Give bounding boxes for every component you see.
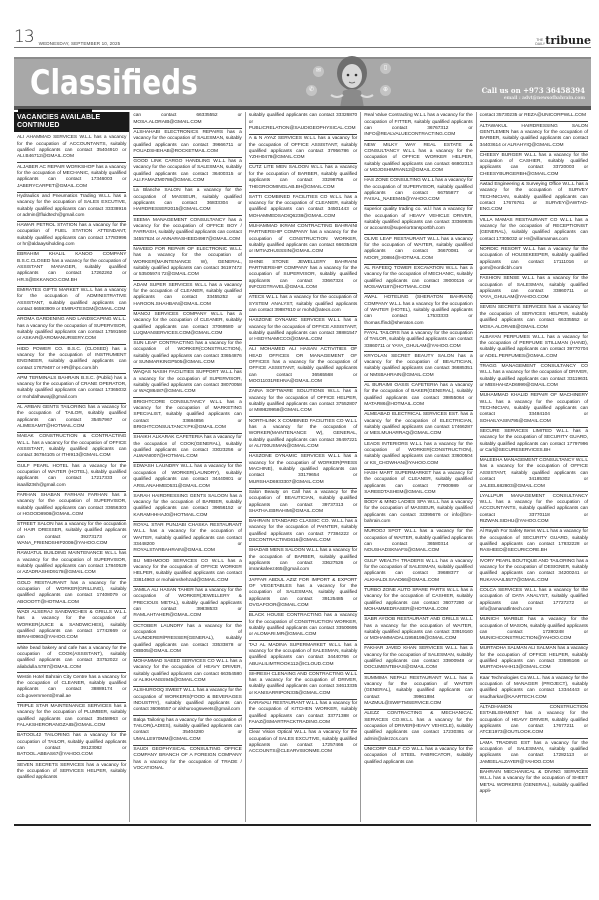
classified-ad: Real Value Contracting W.L.L has a vacan… (364, 112, 472, 141)
classified-ad: BU MEHMOOD SERVICES CO W.L.L has a vacan… (133, 557, 241, 586)
classified-ad: Kaar Technologies Co.W.L.L. has a vacanc… (480, 674, 588, 703)
classified-ad: Al Rayah For Safety Items W.L.L has a va… (480, 528, 588, 557)
classified-ad: MAEAK CONSTRUCTION & CONTRACTING W.L.L. … (17, 433, 126, 462)
classified-ad: AL BURAIMI OASIS CAFETERIA has a vacancy… (364, 382, 472, 411)
classified-ad: HIDD POWER CO. B.S.C. (CLOSED) has a vac… (17, 345, 126, 374)
classified-ad: SEEMA MANAGEMENT CONSULTANCY has a vacan… (133, 216, 241, 245)
classified-ad: HAS ZONE CONSULTING W.L.L has a vacancy … (364, 177, 472, 206)
classified-ad: Balqa Tailoring has a vacancy for the oc… (133, 716, 241, 745)
classified-ad: TRIPLE STAR MAINTENANCE SERVICES has a v… (17, 703, 126, 732)
classifieds-columns: VACANCIES AVAILABLE CONTINUED ALI AHAMMA… (14, 112, 591, 822)
classified-ad: SARAH HAIRDRESSING GENTS SALOON has a va… (133, 492, 241, 521)
classified-ad: ATECS W.L.L has a vacancy for the occupa… (249, 294, 357, 317)
classified-ad: ZAINA SOFTWARE SOLUTIONS W.L.L has a vac… (249, 388, 357, 417)
logo-main-text: tribune (545, 35, 591, 46)
classified-ad: A & N AYAZ SERVICES W.L.L has a vacancy … (249, 135, 357, 164)
classified-ad: BAHRAIN STANDARD CLASSIC CO. W.L.L has a… (249, 518, 357, 547)
classified-ad: EBRAHIM KHALIL KANOO COMPANY B.S.C.CLOSE… (17, 251, 126, 287)
column-1: VACANCIES AVAILABLE CONTINUED ALI AHAMMA… (14, 112, 129, 822)
classified-ad: ALSHUROOQ SWEET W.L.L has a vacancy for … (133, 687, 241, 716)
ad-list: contact 35730235 or REZA@UNICORPWLL.COMA… (480, 112, 588, 797)
classified-ad: OLIVE LEAF RESTAURANT W.L.L has a vacanc… (364, 235, 472, 264)
classified-ad: MOHAMMAD SAEED SERVICES CO W.L.L has a v… (133, 658, 241, 687)
tribune-logo: THE DAILY tribune (535, 35, 591, 46)
classified-ad: EDWASH LAUNDRY W.L.L has a vacancy for t… (133, 463, 241, 492)
classified-ad: NEW MILKY WAY REAL ESTATE & CONSULTANCY … (364, 141, 472, 177)
column-2: can contact 66335552 or MOSA.ALORAIB@GMA… (129, 112, 244, 822)
classified-ad: GOOD LINK CARGO HANDLING W.L.L has a vac… (133, 158, 241, 187)
classified-ad: GULF PEARL HOTEL has a vacancy for the o… (17, 462, 126, 491)
classified-ad: LAMA TRADING EST has a vacancy for the o… (480, 739, 588, 768)
masthead-left: 13 Wednesday, September 10, 2025 (14, 29, 120, 46)
classified-ad: JAMILA ALI HASAN TAHER has a vacancy for… (133, 587, 241, 623)
classified-ad: BAHRAIN MECHANICAL & DIVING SERVICES W.L… (480, 769, 588, 797)
classified-ad: TRAGG MANAGEMENT CONSULTANCY CO W.L.L ha… (480, 363, 588, 392)
banner-title: Classifieds (30, 61, 198, 105)
classified-ad: KARAVALI RESTAURANT W.L.L has a vacancy … (249, 700, 357, 729)
classified-ad: MALEEHA MANAGEMENT CONSULTANCY W.L.L has… (480, 457, 588, 493)
classified-ad: ALJABER AC REPAIR WORKSHOP has a vacancy… (17, 163, 126, 192)
classified-ad: SIHRESH CLENAING AND CONTRACTING W.L.L h… (249, 671, 357, 700)
column-5: contact 35730235 or REZA@UNICORPWLL.COMA… (476, 112, 591, 822)
classified-ad: CHEESY BURGER W.L.L has a vacancy for th… (480, 152, 588, 181)
classified-ad: HASZONE DYNAMIC SERVICES W.L.L has a vac… (249, 453, 357, 489)
classified-ad: SUN LEAF CONTRACTING has a vacancy for t… (133, 340, 241, 369)
classified-ad: WAQAS NASIH FACILITIES SUPPORT W.L.L has… (133, 369, 241, 398)
phone-icon: ✆ (306, 85, 317, 96)
masthead: 13 Wednesday, September 10, 2025 THE DAI… (14, 28, 591, 48)
classified-ad: STREET SALON has a vacancy for the occup… (17, 521, 126, 550)
classified-ad: Salon Beauty on Call has a vacancy for t… (249, 489, 357, 518)
page-number: 13 (14, 29, 34, 46)
classified-ad: MUHAMMAD KHALID REPAIR OF MACHINERY W.L.… (480, 392, 588, 428)
classified-ad: APM TERMINALS BAHRAIN B.S.C. (Public) ha… (17, 374, 126, 403)
classified-ad: NAVEED FOR REPAIR OF ELECTRONIC W.L.L ha… (133, 246, 241, 282)
banner-bottom-bar (14, 106, 591, 110)
section-heading: VACANCIES AVAILABLE CONTINUED (14, 112, 129, 132)
classified-ad: HASZONE DYNAMIC SERVICES W.L.L has a vac… (249, 317, 357, 346)
classified-ad: Hydraulics and Pneumatics Trading W.L.L … (17, 193, 126, 222)
classified-ad: OCTOBER LAUNDRY has a vacancy for the oc… (133, 622, 241, 658)
classified-ad: ALTADHAMON CONSTRUCTION ESTABLISHMENT ha… (480, 704, 588, 740)
classified-ad: white bead bakery and cafe has a vacancy… (17, 644, 126, 673)
ad-list: suitably qualified applicants can contac… (249, 112, 357, 757)
classified-ad: ADAM SUPER SERVICES W.L.L has a vacancy … (133, 281, 241, 310)
classified-ad: AL RAFEEQ TOWER EXCAVATION W.L.L has a v… (364, 265, 472, 294)
classified-ad: La Blanche SALON has a vacancy for the o… (133, 187, 241, 216)
classified-ad: SHADAB MENS SALOON W.L.L has a vacancy f… (249, 547, 357, 576)
footer-rule (14, 824, 591, 826)
classified-ad: ALI AHAMMAD SERVICES W.L.L has a vacancy… (17, 134, 126, 163)
classified-ad: FARHAN SHABAN FARHAN FARHAN has a vacanc… (17, 492, 126, 521)
classified-ad: SEVEN SECRETS SERVICES has a vacancy for… (480, 304, 588, 333)
classified-ad: EMIRATES GIFTS MARKET W.L.L has a vacanc… (17, 287, 126, 316)
classified-ad: SUMMIMA NEPALI RESTAURANT W.L.L has a va… (364, 674, 472, 710)
mail-icon: ✉ (313, 66, 324, 77)
mascot-illustration (329, 55, 375, 108)
globe-icon: ⊕ (380, 85, 391, 96)
classified-ad: SHINE STONE JEWELLERY BAHRAINI PARTNERSH… (249, 258, 357, 294)
classified-ad: BATOOL42 TAILORING has a vacancy for the… (17, 732, 126, 761)
classified-ad: can contact 66335552 or MOSA.ALORAIB@GMA… (133, 112, 241, 129)
classified-ad: Westin Hotel Bahrain City Centre has a v… (17, 673, 126, 702)
classified-ad: MUNICH MARBLE has a vacancy for the occu… (480, 616, 588, 645)
contact-info: Call us on +973 36458394 email : advt@ne… (482, 86, 585, 101)
classified-ad: COLCA SERVICES W.L.L has a vacancy for t… (480, 587, 588, 616)
classified-ad: ALMEABAD ELECTRICAL SERVICES EST. has a … (364, 411, 472, 440)
classified-ad: BLACK HOUSE CONTRACTING has a vacancy fo… (249, 612, 357, 641)
classified-ad: Awtad Engineering & Surveying Office W.L… (480, 181, 588, 217)
classified-ad: ALI MOHAMED ALI HASAN ACTIVITIES OF HEAD… (249, 346, 357, 388)
logo-small-text: THE DAILY (535, 39, 543, 46)
classified-ad: ALTAWAKUL HAIRDRESSING SALON GENTLEMEN h… (480, 122, 588, 151)
classified-ad: NORDIC RESORT W.L.L has a vacancy for th… (480, 246, 588, 275)
classifieds-banner: Classifieds ✉ ✆ ▯ ⊕ Call us on +973 3645… (14, 57, 591, 110)
ad-list: can contact 66335552 or MOSA.ALORAIB@GMA… (133, 112, 241, 774)
classified-ad: HAWAR PETROL STATION has a vacancy for t… (17, 222, 126, 251)
classified-ad: AROMA GARDENING AND LANDSCAPING W.L.L. h… (17, 316, 126, 345)
ad-list: ALI AHAMMAD SERVICES W.L.L has a vacancy… (17, 134, 126, 783)
classified-ad: FASHION SENSE W.L.L has a vacancy for th… (480, 275, 588, 304)
classified-ad: MURTADHA SALMAN ALI SALMAN has a vacancy… (480, 645, 588, 674)
classified-ad: NORTHLINK X COMBINED FACILITIES CO W.L.L… (249, 417, 357, 453)
classified-ad: SECURE SERVICES LIMITED W.L.L has a vaca… (480, 428, 588, 457)
column-3: suitably qualified applicants can contac… (245, 112, 360, 822)
classified-ad: BRIGHTCORE CONSULTANCY W.L.L has a vacan… (133, 398, 241, 434)
classified-ad: SHAIKH ALKARAK CAFETERIA has a vacancy f… (133, 434, 241, 463)
classified-ad: SEVEN SECRETS SERVICES has a vacancy for… (17, 761, 126, 783)
classified-ad: MUHAMMAD IKRAM CONTRACTING BAHRAINI PART… (249, 223, 357, 259)
classified-ad: ALSHAHABI ELECTRONICS REPAIRS has a vaca… (133, 129, 241, 158)
classified-ad: GOLD RESTAURANT has a vacancy for the oc… (17, 579, 126, 608)
classified-ad: AWAL HOTELING (SHERATON BAHRAIN) COMPANY… (364, 294, 472, 330)
classified-ad: MANOJ SERVICES COMPANY W.L.L has a vacan… (133, 311, 241, 340)
classified-ad: UNICORP GULF CO W.L.L has a vacancy for … (364, 746, 472, 768)
classified-ad: LEADS INTERIORS W.L.L has a vacancy for … (364, 440, 472, 469)
column-4: Real Value Contracting W.L.L has a vacan… (360, 112, 475, 822)
classified-ad: JAFFAR ABDUL AZIZ FOR IMPORT & EXPORT OF… (249, 576, 357, 612)
classified-ad: TURBO ZONE AUTO SPARE PARTS W.L.L has a … (364, 587, 472, 616)
classified-ad: MUROOJ SPOT W.L.L has a vacancy for the … (364, 528, 472, 557)
classified-ad: contact 35730235 or REZA@UNICORPWLL.COM (480, 112, 588, 122)
classified-ad: SAUDI GEOPHYSICAL CONSULTING OFFICE COMP… (133, 746, 241, 774)
contact-email: email : advt@newsofbahrain.com (482, 96, 585, 101)
contact-phone: Call us on +973 36458394 (482, 86, 585, 95)
classified-ad: KRYOLAN SECRET BEAUTY SALON has a vacanc… (364, 352, 472, 381)
classified-ad: FAKHAR JAVED KHAN SERVICES W.L.L has a v… (364, 645, 472, 674)
mobile-icon: ▯ (380, 63, 391, 74)
classified-ad: FAYAL TAILORS has a vacancy for the occu… (364, 330, 472, 353)
classified-ad: BODY & MIND LADIES SPA W.L.L has a vacan… (364, 499, 472, 528)
ad-list: Real Value Contracting W.L.L has a vacan… (364, 112, 472, 768)
classified-ad: SABR AYOOB RESTAURANT AND GRILLS W.L.L h… (364, 616, 472, 645)
classified-ad: suitably qualified applicants can contac… (249, 112, 357, 135)
classified-ad: HASH MART SUPERMARKET has a vacancy for … (364, 470, 472, 499)
classified-ad: LYALLPUR MANAGEMENT CONSULTANCY W.L.L ha… (480, 492, 588, 528)
classified-ad: ROYAL STAR PUNJABI CHASKA RESTAURANT W.L… (133, 522, 241, 558)
classified-ad: Clear Vision Optical W.L.L has a vacancy… (249, 729, 357, 757)
dateline: Wednesday, September 10, 2025 (39, 41, 121, 46)
classified-ad: WADI ALSERAJ SANDWICHES & GRILLS W.L.L h… (17, 609, 126, 645)
classified-ad: AL ARBAN GENTS TAILORING has a vacancy f… (17, 404, 126, 433)
classified-ad: VILLA MAMAS RESTAURANT CO W.L.L has a va… (480, 216, 588, 245)
classified-ad: GULF WEALTH TRADERS W.L.L has a vacancy … (364, 557, 472, 586)
classified-ad: IVORY PEARL BOUTIQUE AND TAILORING has a… (480, 557, 588, 586)
classified-ad: ALBAYAN PERFUMES W.L.L has a vacancy for… (480, 333, 588, 362)
classified-ad: ALEZZ CONTRACTING & MECHANICAL SERVICES … (364, 710, 472, 746)
classified-ad: SATTI COMBINED FACILITIES CO W.L.L has a… (249, 193, 357, 222)
classified-ad: CUTZ LITE MEN SALOON W.L.L has a vacancy… (249, 164, 357, 193)
classified-ad: superior quality trading co. w.l.l has a… (364, 206, 472, 235)
classified-ad: TAJ AL MADINA SUPERMARKET W.L.L has a va… (249, 641, 357, 670)
classified-ad: RAWJATUL BUILDING MAINTENANCE W.L.L has … (17, 550, 126, 579)
